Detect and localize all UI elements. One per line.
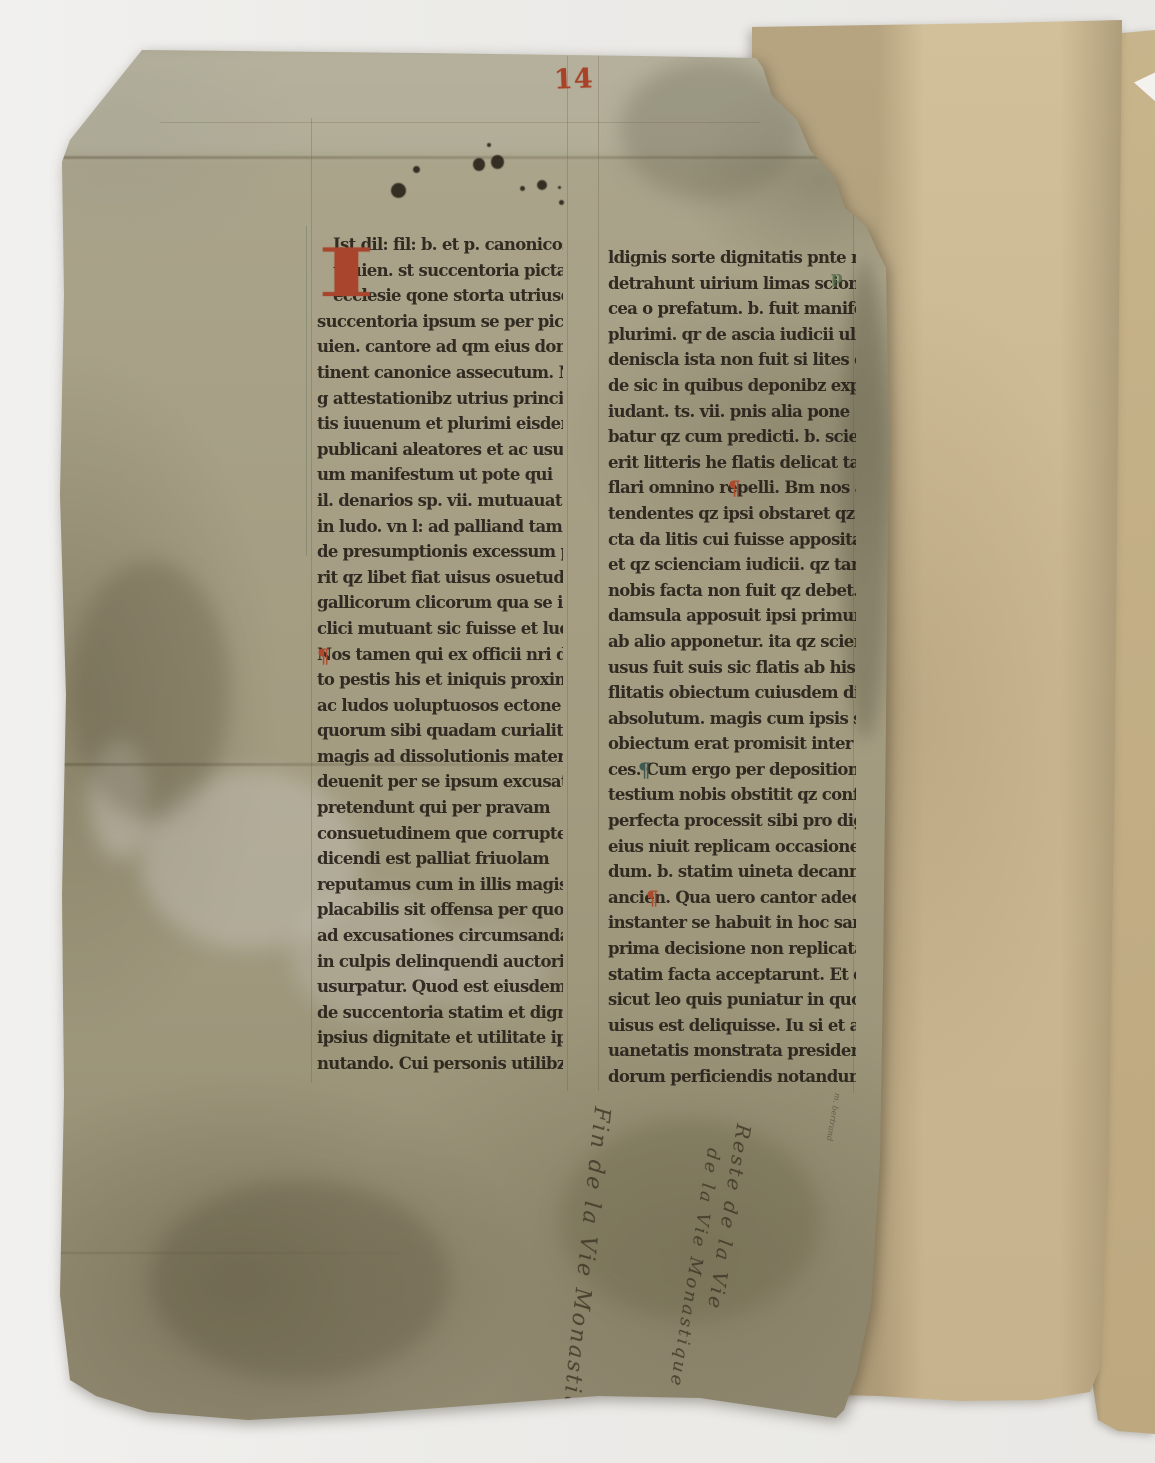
ruling-line [311, 118, 312, 1083]
ink-blot [487, 143, 491, 147]
ruling-line [160, 122, 760, 123]
text-line: placabilis sit offensa per quos [317, 897, 563, 923]
text-line: plurimi. qr de ascia iudicii ultima [608, 322, 856, 348]
text-line: batur qz cum predicti. b. scienter usus [608, 424, 856, 450]
text-line: to pestis his et iniquis proximus [317, 667, 563, 693]
ink-blot [559, 200, 564, 205]
text-line: g attestationibz utrius principes se [317, 386, 563, 412]
text-line: il. denarios sp. vii. mutuauat [317, 488, 563, 514]
paragraph-mark: ¶ [646, 888, 659, 908]
ink-blot [558, 186, 561, 189]
paragraph-mark: ¶ [728, 478, 741, 498]
stain [150, 1180, 450, 1380]
text-line: succentoria ipsum se per picta [317, 309, 563, 335]
text-line: ipsius dignitate et utilitate ipsius dux [317, 1025, 563, 1051]
text-line: ab alio apponetur. ita qz scienter [608, 629, 856, 655]
text-line: deuenit per se ipsum excusatione [317, 769, 563, 795]
text-column-left: Ist dil: fil: b. et p. canonicos pictaui… [317, 232, 563, 1077]
text-line: in culpis delinquendi auctoritas [317, 949, 563, 975]
ink-blot [391, 183, 406, 198]
text-line: rit qz libet fiat uisus osuetudien [317, 565, 563, 591]
text-line: dum. b. statim uineta decanni eri [608, 859, 856, 885]
text-line: de sic in quibus deponibz expressum est [608, 373, 856, 399]
text-line: uien. cantore ad qm eius dono p [317, 334, 563, 360]
text-line: eius niuit replicam occasione primo [608, 834, 856, 860]
text-line: nutando. Cui personis utilibz et [317, 1051, 563, 1077]
stain [70, 560, 230, 820]
text-line: detrahunt uirium limas sciones. p [608, 271, 856, 297]
text-line: de succentoria statim et dignoscatur [317, 1000, 563, 1026]
text-line: usus fuit suis sic flatis ab his [608, 655, 856, 681]
text-line: um manifestum ut pote qui [317, 462, 563, 488]
text-line: reputamus cum in illis magis [317, 872, 563, 898]
text-line: gallicorum clicorum qua se inuiuh [317, 590, 563, 616]
text-line: sicut leo quis puniatur in quo [608, 987, 856, 1013]
text-line: obiectum erat promisit inter eius [608, 731, 856, 757]
text-line: in ludo. vn l: ad palliand tam [317, 514, 563, 540]
marginal-note: m. bertrand [825, 1092, 842, 1141]
text-line: clici mutuant sic fuisse et ludunt [317, 616, 563, 642]
folio-number: 14 [553, 63, 594, 95]
text-line: ldignis sorte dignitatis pnte non [608, 245, 856, 271]
parchment-leaf: 14 Ist dil: fil: b. et p. canonicos pict… [0, 0, 1155, 1463]
text-line: quorum sibi quadam curialitate [317, 718, 563, 744]
manuscript-scan: 14 Ist dil: fil: b. et p. canonicos pict… [0, 0, 1155, 1463]
text-line: absolutum. magis cum ipsis suum [608, 706, 856, 732]
text-line: perfecta processit sibi pro dignitate [608, 808, 856, 834]
text-line: ad excusationes circumsandas [317, 923, 563, 949]
text-line: usurpatur. Quod est eiusdem p. [317, 974, 563, 1000]
text-line: dorum perficiendis notandum [608, 1064, 856, 1090]
text-line: testium nobis obstitit qz confessio [608, 782, 856, 808]
text-line: flitatis obiectum cuiusdem diuturno [608, 680, 856, 706]
text-line: tendentes qz ipsi obstaret qz di [608, 501, 856, 527]
paragraph-mark: ¶ [317, 646, 330, 666]
text-line: nobis facta non fuit qz debet. b. illa [608, 578, 856, 604]
text-line: tis iuuenum et plurimi eisdem p [317, 411, 563, 437]
text-line: et qz scienciam iudicii. qz tamen fides [608, 552, 856, 578]
text-line: erit litteris he flatis delicat tamqm [608, 450, 856, 476]
text-line: damsula apposuit ipsi primum ut [608, 603, 856, 629]
text-line: consuetudinem que corruptela [317, 821, 563, 847]
stain [620, 60, 800, 200]
red-initial-I: I [317, 236, 376, 310]
text-column-right: ldignis sorte dignitatis pnte nondetrahu… [608, 245, 856, 1090]
ink-blot [491, 155, 504, 169]
text-line: tinent canonice assecutum. No [317, 360, 563, 386]
text-line: publicani aleatores et ac usurari [317, 437, 563, 463]
text-line: ac ludos uoluptuosos ectone [317, 693, 563, 719]
ink-blot [413, 166, 420, 173]
text-line: iudant. ts. vii. pnis alia pone [608, 399, 856, 425]
green-line-mark: p [831, 268, 843, 288]
ink-blot [520, 186, 525, 191]
text-line: statim facta acceptarunt. Et dignum [608, 962, 856, 988]
ruling-line [567, 56, 568, 1091]
text-line: uisus est deliquisse. Iu si et autem [608, 1013, 856, 1039]
text-line: cea o prefatum. b. fuit manifeste [608, 296, 856, 322]
fold-crease [62, 156, 880, 159]
text-line: Nos tamen qui ex officii nri debi [317, 642, 563, 668]
text-line: instanter se habuit in hoc sane ut [608, 910, 856, 936]
text-line: deniscla ista non fuit si lites cor [608, 347, 856, 373]
text-line: prima decisione non replicata [608, 936, 856, 962]
ruling-line [306, 226, 307, 556]
text-line: magis ad dissolutionis materiam [317, 744, 563, 770]
text-line: de presumptionis excessum posue [317, 539, 563, 565]
ink-blot [473, 158, 485, 171]
ink-blot [537, 180, 547, 190]
text-line: pretendunt qui per pravam [317, 795, 563, 821]
parchment-wrap: 14 Ist dil: fil: b. et p. canonicos pict… [0, 0, 1155, 1463]
text-line: dicendi est palliat friuolam [317, 846, 563, 872]
paragraph-mark: ¶ [638, 760, 651, 780]
fold-crease [60, 1252, 400, 1254]
text-line: cta da litis cui fuisse apposita pro [608, 527, 856, 553]
ruling-line [598, 56, 599, 1091]
text-line: uanetatis monstrata presiden [608, 1038, 856, 1064]
